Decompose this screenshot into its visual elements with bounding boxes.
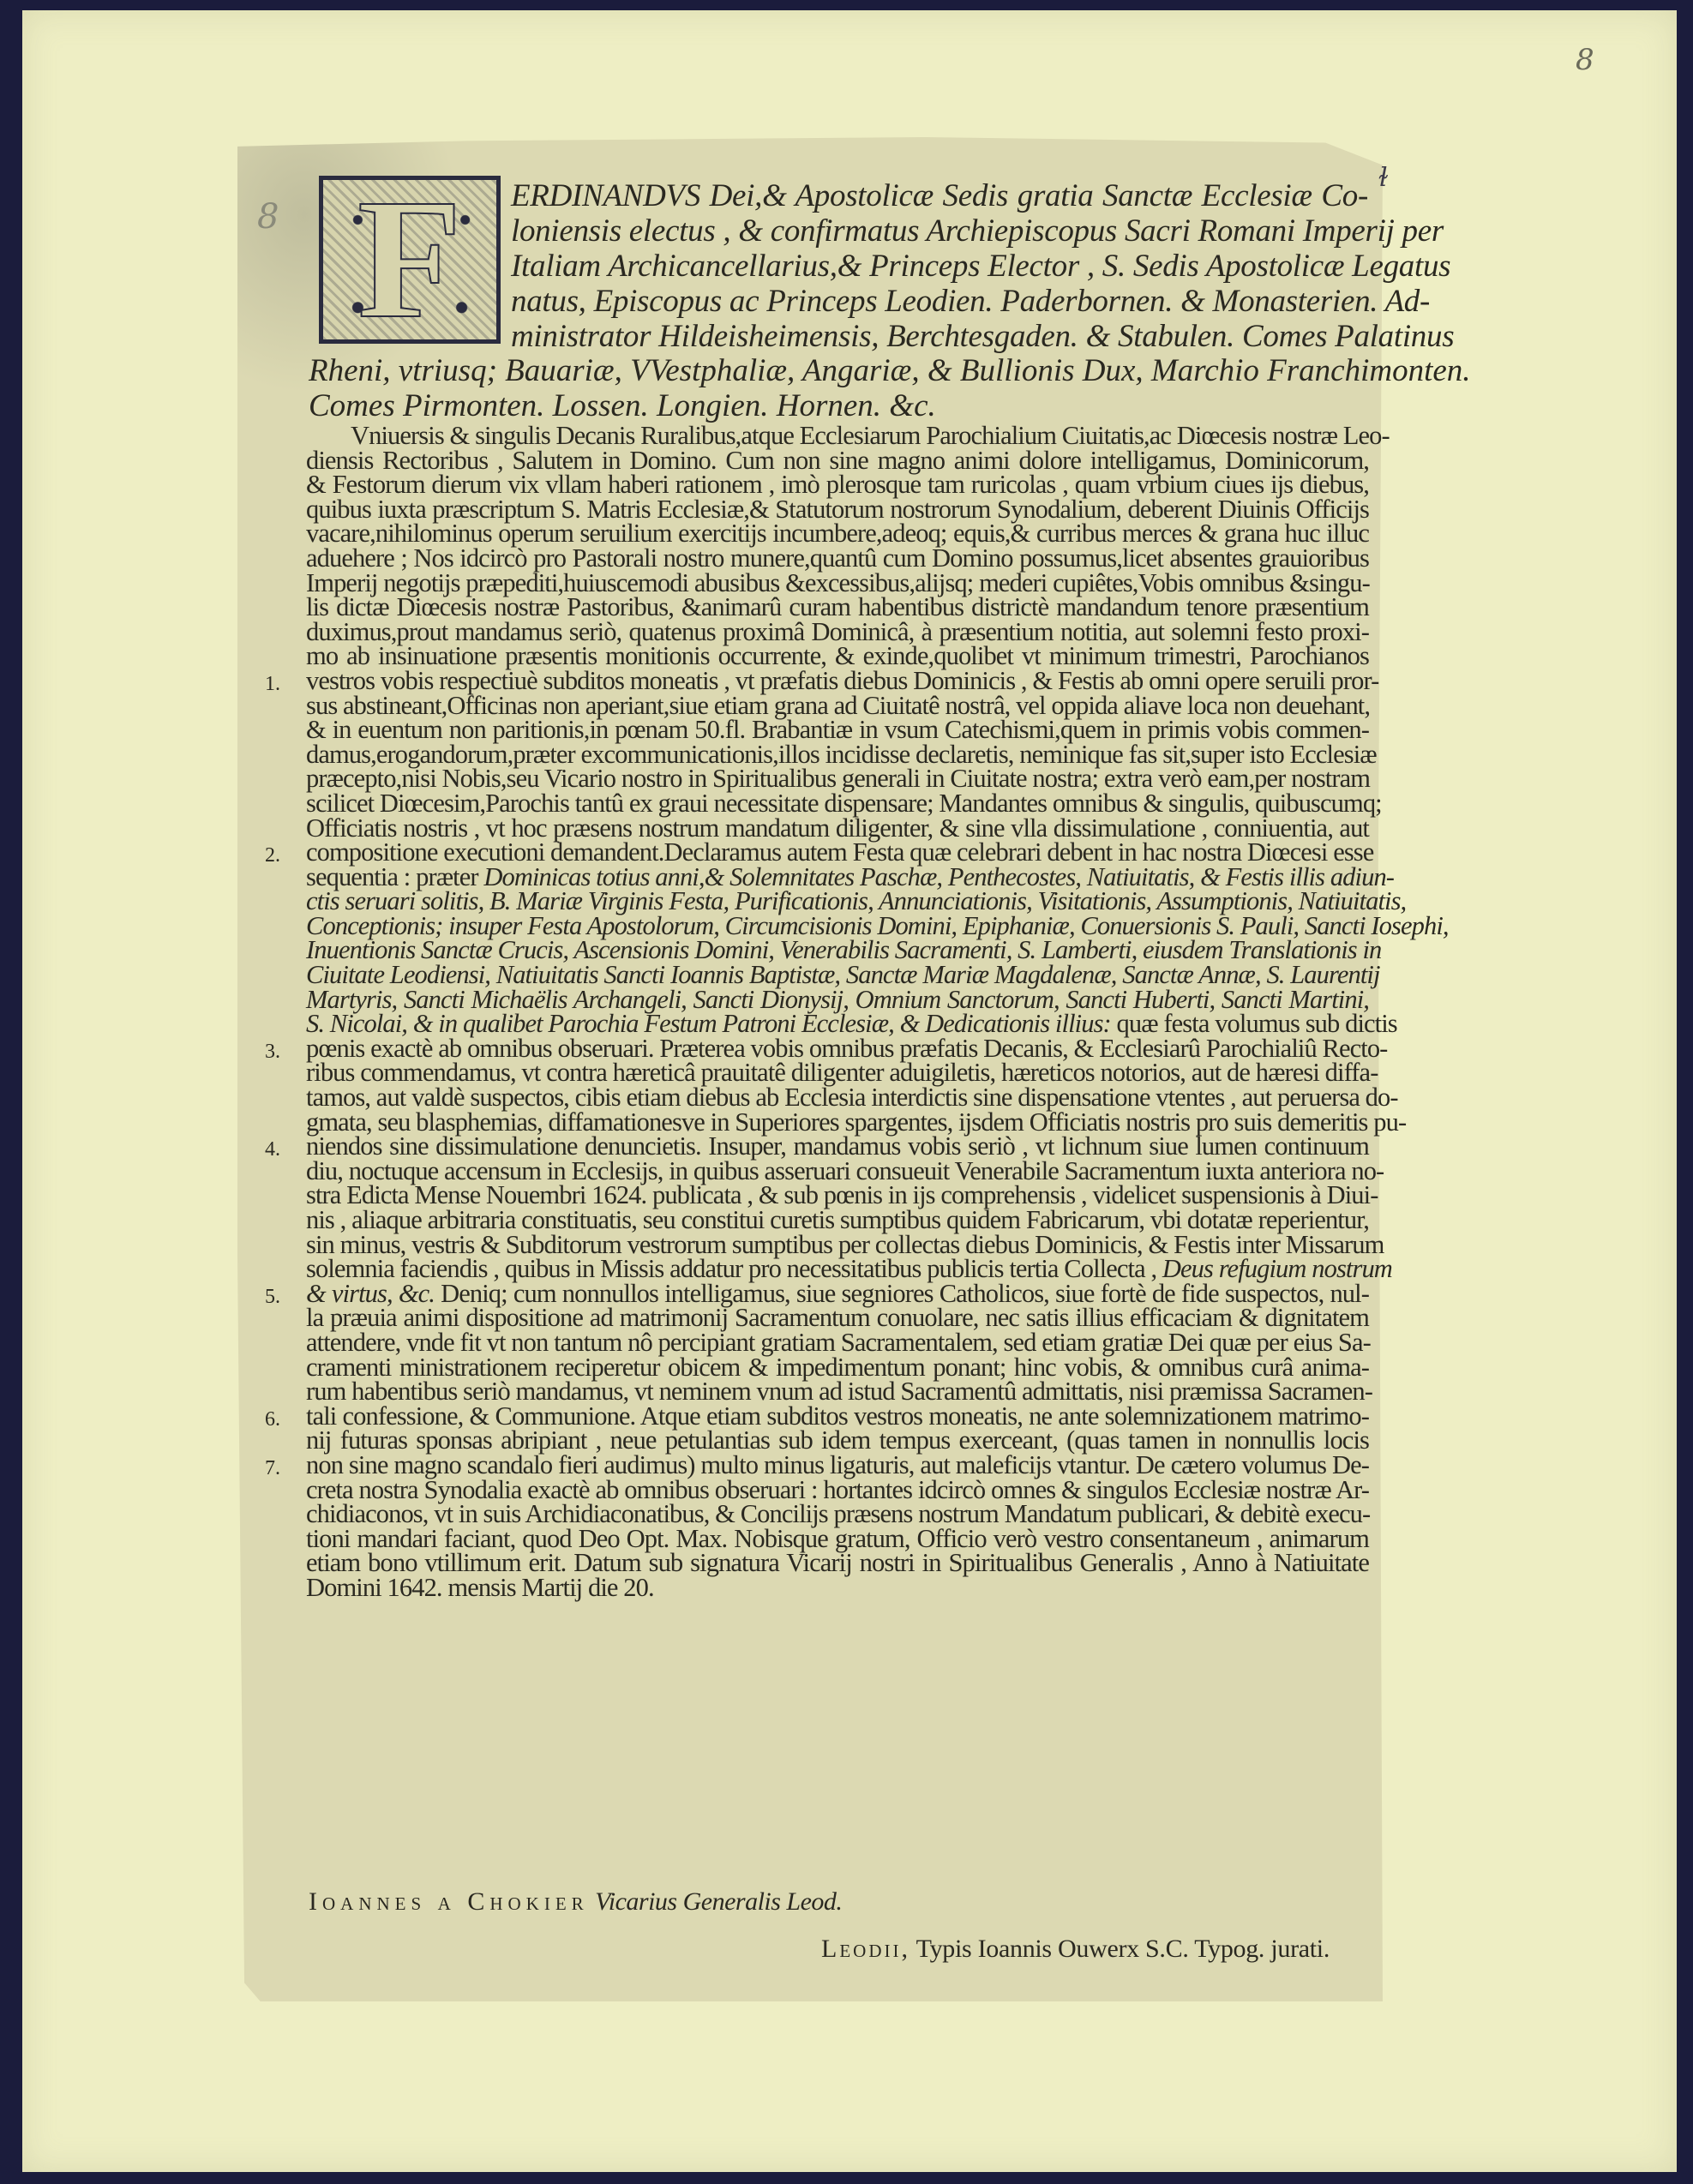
paragraph-number: 5. — [265, 1285, 280, 1310]
body-line: nij futuras sponsas abripiant , neue pet… — [306, 1428, 1369, 1453]
body-line: quibus iuxta præscriptum S. Matris Eccle… — [306, 497, 1369, 522]
body-line: 1.vestros vobis respectiuè subditos mone… — [306, 669, 1369, 693]
paragraph-number: 6. — [265, 1407, 280, 1432]
body-line: diensis Rectoribus , Salutem in Domino. … — [306, 448, 1369, 473]
body-line: ribus commendamus, vt contra hæreticâ pr… — [306, 1060, 1369, 1085]
paragraph-number: 2. — [265, 843, 280, 868]
body-line: gmata, seu blasphemias, diffamationesve … — [306, 1110, 1369, 1135]
body-line: mo ab insinuatione præsentis monitionis … — [306, 644, 1369, 669]
body-line: etiam bono vtillimum erit. Datum sub sig… — [306, 1551, 1369, 1575]
body-line: & Festorum dierum vix vllam haberi ratio… — [306, 472, 1369, 497]
body-line: præcepto,nisi Nobis,seu Vicario nostro i… — [306, 766, 1369, 791]
body-line: cramenti ministrationem reciperetur obic… — [306, 1355, 1369, 1380]
paragraph-number: 1. — [265, 672, 280, 697]
edge-mark: ɫ — [1378, 163, 1388, 193]
heading-line: loniensis electus , & confirmatus Archie… — [511, 213, 1368, 249]
heading-line: Rheni, vtriusq; Bauariæ, VVestphaliæ, An… — [309, 353, 1368, 388]
body-line: chidiaconos, vt in suis Archidiaconatibu… — [306, 1502, 1369, 1527]
body-line: Ciuitate Leodiensi, Natiuitatis Sancti I… — [306, 963, 1369, 987]
body-line: vacare,nihilominus operum seruilium exer… — [306, 521, 1369, 546]
body-line: Domini 1642. mensis Martij die 20. — [306, 1575, 1369, 1600]
body-line: Officiatis nostris , vt hoc præsens nost… — [306, 816, 1369, 841]
body-line: 6.tali confessione, & Communione. Atque … — [306, 1404, 1369, 1429]
body-line: Inuentionis Sanctæ Crucis, Ascensionis D… — [306, 938, 1369, 963]
signatory-name: Ioannes a Chokier — [309, 1887, 589, 1916]
drop-cap-letter: F — [357, 174, 462, 345]
body-line: & in euentum non paritionis,in pœnam 50.… — [306, 717, 1369, 742]
heading-line: natus, Episcopus ac Princeps Leodien. Pa… — [511, 284, 1368, 319]
body-line: damus,erogandorum,præter excommunication… — [306, 742, 1369, 767]
paragraph-number: 4. — [265, 1137, 280, 1162]
pencil-mark: 8 — [257, 197, 279, 237]
body-line: diu, noctuque accensum in Ecclesijs, in … — [306, 1159, 1369, 1184]
body-line: Conceptionis; insuper Festa Apostolorum,… — [306, 914, 1369, 939]
body-line: scilicet Diœcesim,Parochis tantû ex grau… — [306, 791, 1369, 816]
heading-line: Comes Pirmonten. Lossen. Longien. Hornen… — [309, 388, 1368, 423]
body-line: 5.& virtus, &c. Deniq; cum nonnullos int… — [306, 1281, 1369, 1306]
body-line: 7.non sine magno scandalo fieri audimus)… — [306, 1453, 1369, 1478]
body-line: 2.compositione executioni demandent.Decl… — [306, 840, 1369, 865]
signatory-title: Vicarius Generalis Leod. — [595, 1887, 842, 1916]
body-line: ctis seruari solitis, B. Mariæ Virginis … — [306, 889, 1369, 914]
body-line: tioni mandari faciant, quod Deo Opt. Max… — [306, 1527, 1369, 1551]
imprint-city: Leodii, — [821, 1935, 910, 1963]
body-line: aduehere ; Nos idcircò pro Pastorali nos… — [306, 546, 1369, 571]
body-line: solemnia faciendis , quibus in Missis ad… — [306, 1257, 1369, 1281]
body-line: 3.pœnis exactè ab omnibus obseruari. Præ… — [306, 1036, 1369, 1061]
body-line: lis dictæ Diœcesis nostræ Pastoribus, &a… — [306, 595, 1369, 620]
body-line: creta nostra Synodalia exactè ab omnibus… — [306, 1478, 1369, 1503]
body-line: rum habentibus seriò mandamus, vt nemine… — [306, 1379, 1369, 1404]
title-heading-continued: Rheni, vtriusq; Bauariæ, VVestphaliæ, An… — [309, 353, 1368, 423]
heading-line: Italiam Archicancellarius,& Princeps Ele… — [511, 249, 1368, 284]
title-heading: ERDINANDVS Dei,& Apostolicæ Sedis gratia… — [511, 178, 1368, 354]
body-line: attendere, vnde fit vt non tantum nô per… — [306, 1330, 1369, 1355]
body-line: duximus,prout mandamus seriò, quatenus p… — [306, 620, 1369, 645]
body-line: sus abstineant,Officinas non aperiant,si… — [306, 693, 1369, 718]
decorated-initial: F — [319, 176, 501, 344]
imprint-text: Typis Ioannis Ouwerx S.C. Typog. jurati. — [916, 1935, 1330, 1963]
ordinance-body: Vniuersis & singulis Decanis Ruralibus,a… — [306, 423, 1369, 1600]
signature: Ioannes a Chokier Vicarius Generalis Leo… — [309, 1887, 842, 1917]
body-line: 4.niendos sine dissimulatione denuncieti… — [306, 1134, 1369, 1159]
body-line: sin minus, vestris & Subditorum vestroru… — [306, 1233, 1369, 1257]
heading-line: ministrator Hildeisheimensis, Berchtesga… — [511, 319, 1368, 354]
folio-number: 8 — [1576, 43, 1594, 77]
paragraph-number: 3. — [265, 1040, 280, 1065]
body-line: stra Edicta Mense Nouembri 1624. publica… — [306, 1183, 1369, 1208]
body-line: nis , aliaque arbitraria constituatis, s… — [306, 1208, 1369, 1233]
printer-imprint: Leodii, Typis Ioannis Ouwerx S.C. Typog.… — [821, 1935, 1330, 1964]
body-line: sequentia : præter Dominicas totius anni… — [306, 865, 1369, 890]
body-line: Vniuersis & singulis Decanis Ruralibus,a… — [306, 423, 1369, 448]
body-line: tamos, aut valdè suspectos, cibis etiam … — [306, 1085, 1369, 1110]
body-line: S. Nicolai, & in qualibet Parochia Festu… — [306, 1011, 1369, 1036]
body-line: Imperij negotijs præpediti,huiuscemodi a… — [306, 571, 1369, 596]
paragraph-number: 7. — [265, 1456, 280, 1481]
body-line-text: Domini 1642. mensis Martij die 20. — [306, 1573, 654, 1602]
body-line: Martyris, Sancti Michaëlis Archangeli, S… — [306, 987, 1369, 1012]
heading-line: ERDINANDVS Dei,& Apostolicæ Sedis gratia… — [511, 178, 1368, 213]
body-line: la præuia animi dispositione ad matrimon… — [306, 1305, 1369, 1330]
